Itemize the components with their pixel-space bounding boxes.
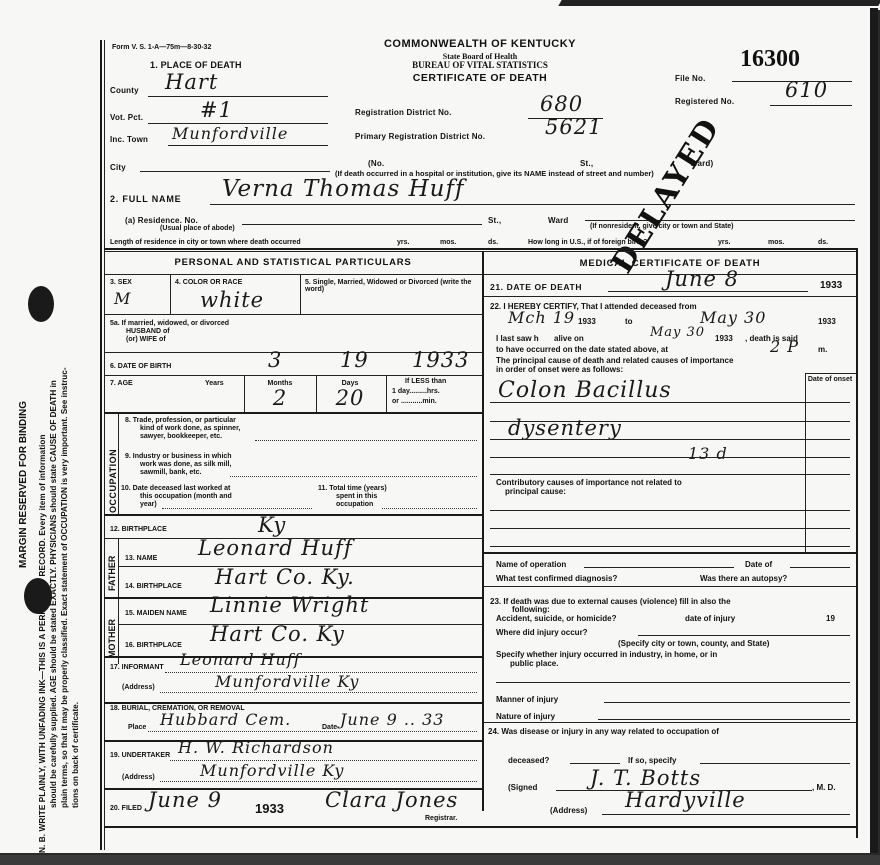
bureau-heading: BUREAU OF VITAL STATISTICS xyxy=(355,60,605,70)
trade-label-2: kind of work done, as spinner, xyxy=(140,425,240,432)
alive-on-label: alive on xyxy=(554,334,584,343)
spouse-label-3: (or) WIFE of xyxy=(126,336,166,343)
row-divider xyxy=(104,702,482,704)
foreign-yrs-label: yrs. xyxy=(718,239,730,246)
row-divider xyxy=(104,274,482,275)
physician-signature: J. T. Botts xyxy=(590,766,701,790)
less-than-min-label: or ...........min. xyxy=(392,398,437,405)
mother-vertical-label: MOTHER xyxy=(107,619,117,658)
industry-label-2: work was done, as silk mill, xyxy=(140,461,231,468)
test-label: What test confirmed diagnosis? xyxy=(496,574,617,583)
mother-maiden-value: Linnie Wright xyxy=(210,593,369,617)
registration-district-value: 680 xyxy=(540,92,583,116)
total-time-label-2: spent in this xyxy=(336,493,377,500)
cause-line-3: 13 d xyxy=(688,444,728,463)
city-label: City xyxy=(110,163,126,172)
row-divider xyxy=(484,296,856,297)
contributory-underline xyxy=(490,510,850,511)
personal-section-title: PERSONAL AND STATISTICAL PARTICULARS xyxy=(104,257,482,268)
physician-address-label: (Address) xyxy=(550,806,587,815)
attended-to-label: to xyxy=(625,317,633,326)
full-name-value: Verna Thomas Huff xyxy=(222,176,464,202)
dob-year-value: 1933 xyxy=(412,348,469,372)
father-vertical-label: FATHER xyxy=(107,556,117,591)
cause-underline xyxy=(490,457,850,458)
undertaker-address-label: (Address) xyxy=(122,774,155,781)
form-right-border xyxy=(856,248,858,838)
vot-pct-value: #1 xyxy=(200,98,233,122)
full-name-underline xyxy=(210,204,855,205)
specify-injury-label-2: public place. xyxy=(510,659,558,668)
last-worked-label-2: this occupation (month and xyxy=(140,493,232,500)
manner-underline xyxy=(604,702,850,703)
informant-address-value: Munfordville Ky xyxy=(215,672,359,691)
specify-injury-label-1: Specify whether injury occurred in indus… xyxy=(496,650,717,659)
undertaker-address-value: Munfordville Ky xyxy=(200,761,344,780)
date-of-death-underline xyxy=(608,291,808,292)
age-label: 7. AGE xyxy=(110,380,133,387)
county-underline xyxy=(148,96,328,97)
cell-divider xyxy=(386,375,387,413)
mother-birthplace-label: 16. BIRTHPLACE xyxy=(125,642,182,649)
contributory-label-1: Contributory causes of importance not re… xyxy=(496,478,682,487)
physician-address-underline xyxy=(602,814,850,815)
residence-ward-label: Ward xyxy=(548,216,569,225)
mother-birthplace-value: Hart Co. Ky xyxy=(210,622,345,646)
burial-place-label: Place xyxy=(128,724,146,731)
nature-underline xyxy=(598,719,850,720)
section-divider-top xyxy=(104,248,856,250)
form-left-border xyxy=(100,40,102,850)
cell-divider xyxy=(170,274,171,314)
length-ds-label: ds. xyxy=(488,239,498,246)
county-value: Hart xyxy=(165,70,218,94)
residence-ward-underline xyxy=(585,220,855,221)
city-underline xyxy=(140,171,330,172)
length-yrs-label: yrs. xyxy=(397,239,409,246)
father-name-value: Leonard Huff xyxy=(198,536,353,560)
sex-label: 3. SEX xyxy=(110,279,132,286)
dob-day-value: 19 xyxy=(340,348,369,372)
date-of-death-value: June 8 xyxy=(665,267,739,291)
date-of-onset-label: Date of onset xyxy=(806,376,854,383)
color-race-value: white xyxy=(200,288,264,312)
principal-cause-label-1: The principal cause of death and related… xyxy=(496,356,733,365)
delayed-stamp: DELAYED xyxy=(605,112,728,280)
registration-district-label: Registration District No. xyxy=(355,108,452,117)
time-of-death-value: 2 P xyxy=(770,337,799,356)
punch-hole-top xyxy=(28,286,54,322)
registered-number-underline xyxy=(770,105,852,106)
scan-shadow xyxy=(558,0,880,6)
section-divider-top-inner xyxy=(104,251,856,252)
primary-registration-district-label: Primary Registration District No. xyxy=(355,132,485,141)
last-saw-year: 1933 xyxy=(715,334,733,343)
trade-field xyxy=(255,440,477,441)
form-bottom-border-left xyxy=(104,826,482,828)
filed-date-value: June 9 xyxy=(148,788,222,812)
less-than-label: If LESS than xyxy=(405,378,446,385)
row-divider xyxy=(484,722,856,723)
residence-sublabel: (Usual place of abode) xyxy=(160,225,235,232)
nature-of-injury-label: Nature of injury xyxy=(496,712,555,721)
injury-date-label: date of injury xyxy=(685,614,735,623)
length-mos-label: mos. xyxy=(440,239,456,246)
color-race-label: 4. COLOR OR RACE xyxy=(175,279,242,286)
row-divider xyxy=(484,552,856,554)
industry-label-1: 9. Industry or business in which xyxy=(125,453,232,460)
birthplace-label: 12. BIRTHPLACE xyxy=(110,526,167,533)
trade-label-1: 8. Trade, profession, or particular xyxy=(125,417,236,424)
specify-underline xyxy=(496,682,850,683)
father-name-label: 13. NAME xyxy=(125,555,157,562)
onset-box-top xyxy=(805,373,856,374)
street-label: St., xyxy=(580,159,593,168)
informant-label: 17. INFORMANT xyxy=(110,664,164,671)
age-years-label: Years xyxy=(205,380,224,387)
parents-divider xyxy=(118,538,119,664)
last-worked-label-3: year) xyxy=(140,501,157,508)
file-number-label: File No. xyxy=(675,74,706,83)
undertaker-value: H. W. Richardson xyxy=(178,738,334,757)
row-divider xyxy=(104,514,482,516)
manner-of-injury-label: Manner of injury xyxy=(496,695,558,704)
scan-bottom-edge xyxy=(0,855,880,865)
date-of-birth-label: 6. DATE OF BIRTH xyxy=(110,363,171,370)
inc-town-underline xyxy=(168,145,328,146)
operation-date-underline xyxy=(790,567,850,568)
deceased-underline xyxy=(570,763,620,764)
cause-line-1: Colon Bacillus xyxy=(498,378,672,403)
street-number-label: (No. xyxy=(368,159,384,168)
cell-divider xyxy=(300,274,301,314)
certificate-title: CERTIFICATE OF DEATH xyxy=(355,72,605,84)
full-name-label: 2. FULL NAME xyxy=(110,194,181,204)
cause-underline xyxy=(490,439,850,440)
where-injury-underline xyxy=(638,635,850,636)
attended-from-value: Mch 19 xyxy=(508,308,575,327)
residence-label: (a) Residence. No. xyxy=(125,216,198,225)
last-worked-field xyxy=(162,508,312,509)
occupation-divider xyxy=(118,414,119,514)
row-divider xyxy=(484,586,856,587)
md-label: , M. D. xyxy=(812,783,836,792)
cause-underline xyxy=(490,402,850,403)
mother-maiden-label: 15. MAIDEN NAME xyxy=(125,610,187,617)
form-number: Form V. S. 1-A—75m—8-30-32 xyxy=(112,44,211,51)
row-divider xyxy=(104,412,482,414)
margin-instruction-line-3: plain terms, so that it may be properly … xyxy=(60,367,69,808)
birthplace-value: Ky xyxy=(258,513,286,537)
row-divider xyxy=(104,375,482,376)
filed-year-value: 1933 xyxy=(255,801,284,816)
primary-registration-district-value: 5621 xyxy=(545,115,602,139)
attended-to-value: May 30 xyxy=(700,308,766,327)
total-time-label-3: occupation xyxy=(336,501,373,508)
burial-place-value: Hubbard Cem. xyxy=(160,710,291,729)
industry-label-3: sawmill, bank, etc. xyxy=(140,469,201,476)
foreign-mos-label: mos. xyxy=(768,239,784,246)
row-divider xyxy=(104,314,482,315)
principal-cause-label-2: in order of onset were as follows: xyxy=(496,365,623,374)
occurred-label: to have occurred on the date stated abov… xyxy=(496,345,668,354)
foreign-ds-label: ds. xyxy=(818,239,828,246)
age-months-value: 2 xyxy=(244,386,316,410)
burial-date-label: Date xyxy=(322,724,337,731)
registrar-label: Registrar. xyxy=(425,815,457,822)
filed-label: 20. FILED xyxy=(110,805,142,812)
cause-underline xyxy=(490,474,850,475)
registrar-value: Clara Jones xyxy=(325,788,458,812)
father-birthplace-label: 14. BIRTHPLACE xyxy=(125,583,182,590)
last-saw-label: I last saw h xyxy=(496,334,539,343)
death-certificate: MARGIN RESERVED FOR BINDING N. B. WRITE … xyxy=(0,8,878,853)
column-divider xyxy=(482,251,484,811)
where-injury-sublabel: (Specify city or town, county, and State… xyxy=(618,639,769,648)
where-injury-label: Where did injury occur? xyxy=(496,628,588,637)
date-of-death-year: 1933 xyxy=(820,280,842,291)
injury-year-label: 19 xyxy=(826,614,835,623)
contributory-underline xyxy=(490,546,850,547)
signed-label: (Signed xyxy=(508,783,537,792)
place-of-death-heading: 1. PLACE OF DEATH xyxy=(150,60,242,70)
father-birthplace-value: Hart Co. Ky. xyxy=(215,565,355,589)
informant-address-field xyxy=(160,692,477,693)
external-causes-label-2: following: xyxy=(512,605,550,614)
operation-date-label: Date of xyxy=(745,560,772,569)
margin-instruction-line-4: tions on back of certificate. xyxy=(71,702,80,808)
informant-value: Leonard Huff xyxy=(180,650,301,669)
vot-pct-label: Vot. Pct. xyxy=(110,113,143,122)
dob-month-value: 3 xyxy=(268,348,282,372)
residence-street-label: St., xyxy=(488,216,501,225)
physician-address-value: Hardyville xyxy=(625,788,746,812)
registered-number-value: 610 xyxy=(785,78,828,102)
spouse-label-1: 5a. If married, widowed, or divorced xyxy=(110,320,229,327)
deceased-label: deceased? xyxy=(508,756,549,765)
file-number-value: 16300 xyxy=(740,46,800,73)
form-bottom-border-right xyxy=(482,826,858,828)
cause-line-2: dysentery xyxy=(508,416,622,440)
sex-value: M xyxy=(114,289,131,308)
last-worked-label-1: 10. Date deceased last worked at xyxy=(121,485,230,492)
last-saw-date: May 30 xyxy=(650,325,705,340)
occupation-vertical-label: OCCUPATION xyxy=(108,449,118,513)
informant-address-label: (Address) xyxy=(122,684,155,691)
punch-hole-bottom xyxy=(24,578,52,614)
residence-underline xyxy=(242,224,482,225)
length-of-residence-label: Length of residence in city or town wher… xyxy=(110,239,301,246)
inc-town-value: Munfordville xyxy=(172,124,288,143)
autopsy-label: Was there an autopsy? xyxy=(700,574,787,583)
margin-instruction-line-1: N. B. WRITE PLAINLY, WITH UNFADING INK—T… xyxy=(38,434,47,853)
attended-from-year: 1933 xyxy=(578,317,596,326)
attended-to-year: 1933 xyxy=(818,317,836,326)
less-than-day-label: 1 day.........hrs. xyxy=(392,388,440,395)
burial-field xyxy=(148,731,477,732)
occupation-related-label: 24. Was disease or injury in any way rel… xyxy=(488,727,719,736)
registered-number-label: Registered No. xyxy=(675,97,734,106)
meridiem-label: m. xyxy=(818,345,827,354)
contributory-label-2: principal cause: xyxy=(505,487,566,496)
county-label: County xyxy=(110,86,139,95)
operation-underline xyxy=(584,567,734,568)
commonwealth-heading: COMMONWEALTH OF KENTUCKY xyxy=(355,38,605,50)
onset-column-divider xyxy=(805,373,806,553)
industry-field xyxy=(230,476,477,477)
trade-label-3: sawyer, bookkeeper, etc. xyxy=(140,433,222,440)
inc-town-label: Inc. Town xyxy=(110,135,148,144)
undertaker-address-field xyxy=(160,781,477,782)
operation-label: Name of operation xyxy=(496,560,566,569)
burial-date-value: June 9 .. 33 xyxy=(340,710,444,729)
age-days-value: 20 xyxy=(316,386,384,410)
undertaker-label: 19. UNDERTAKER xyxy=(110,752,170,759)
contributory-underline xyxy=(490,528,850,529)
total-time-field xyxy=(382,508,477,509)
if-so-label: If so, specify xyxy=(628,756,676,765)
marital-status-label: 5. Single, Married, Widowed or Divorced … xyxy=(305,279,475,293)
total-time-label-1: 11. Total time (years) xyxy=(318,485,387,492)
date-of-death-label: 21. DATE OF DEATH xyxy=(490,282,582,292)
spouse-label-2: HUSBAND of xyxy=(126,328,170,335)
accident-label: Accident, suicide, or homicide? xyxy=(496,614,616,623)
form-left-border-inner xyxy=(104,40,105,850)
margin-binding-label: MARGIN RESERVED FOR BINDING xyxy=(18,401,29,568)
if-so-underline xyxy=(700,763,850,764)
